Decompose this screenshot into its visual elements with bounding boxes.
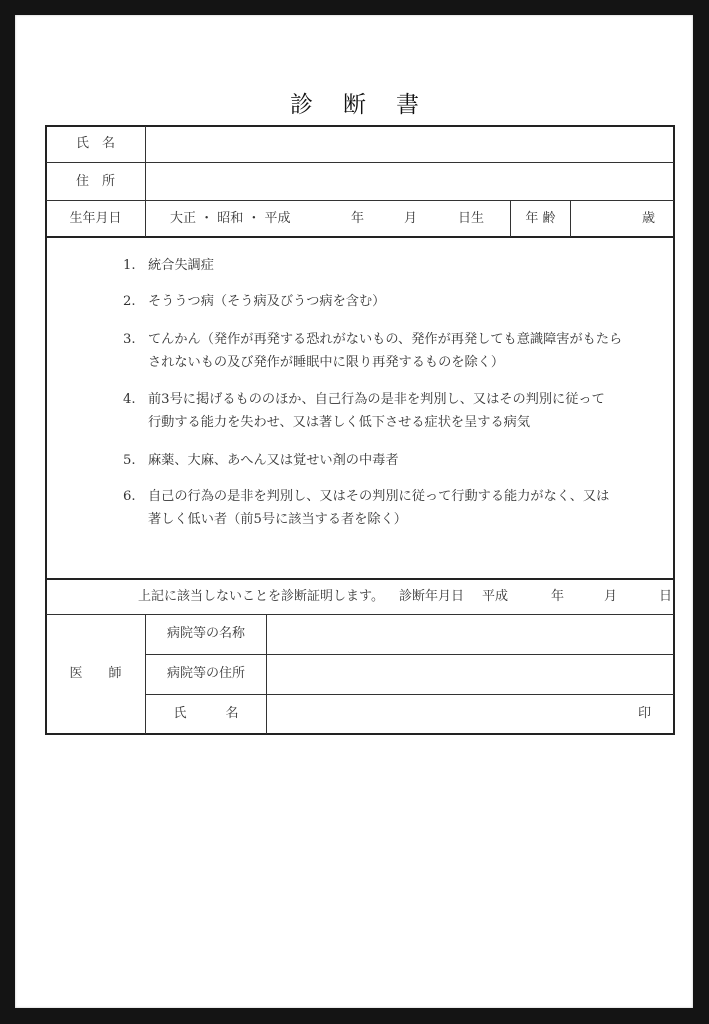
age-field[interactable]: [572, 202, 638, 236]
condition-number: 6.: [123, 485, 148, 508]
seal-mark: 印: [638, 706, 651, 722]
name-label: 氏 名: [46, 136, 145, 152]
condition-number: 4.: [123, 388, 148, 411]
address-label: 住 所: [46, 174, 145, 190]
condition-text: 前3号に掲げるもののほか、自己行為の是非を判別し、又はその判別に従って: [148, 392, 605, 407]
condition-number: 1.: [123, 254, 148, 277]
row-divider-thick: [46, 236, 674, 238]
hospital-name-field[interactable]: [268, 616, 673, 653]
diagnosis-year-unit: 年: [551, 589, 564, 605]
col-divider: [570, 200, 571, 237]
condition-item: 3.てんかん（発作が再発する恐れがないもの、発作が再発しても意識障害がもたらされ…: [123, 328, 622, 374]
condition-number: 3.: [123, 328, 148, 351]
condition-item: 4.前3号に掲げるもののほか、自己行為の是非を判別し、又はその判別に従って行動す…: [123, 388, 605, 434]
birth-month-unit: 月: [404, 211, 417, 227]
condition-item: 2.そううつ病（そう病及びうつ病を含む）: [123, 290, 385, 313]
diagnosis-era: 平成: [482, 589, 508, 605]
row-divider: [145, 694, 674, 695]
age-unit: 歳: [642, 211, 655, 227]
condition-item: 5.麻薬、大麻、あへん又は覚せい剤の中毒者: [123, 449, 399, 472]
col-divider: [266, 614, 267, 734]
diagnosis-day-unit: 日: [659, 589, 672, 605]
row-divider: [46, 200, 674, 201]
condition-text: 統合失調症: [148, 258, 214, 273]
condition-item: 1.統合失調症: [123, 254, 214, 277]
diagnosis-date-label: 診断年月日: [399, 589, 464, 605]
condition-text: されないもの及び発作が睡眠中に限り再発するものを除く）: [148, 355, 504, 370]
era-options[interactable]: 大正 ・ 昭和 ・ 平成: [170, 211, 291, 227]
condition-text: 麻薬、大麻、あへん又は覚せい剤の中毒者: [148, 453, 399, 468]
hospital-name-label: 病院等の名称: [146, 626, 266, 642]
physician-label: 医 師: [46, 666, 145, 682]
birthdate-label: 生年月日: [46, 211, 145, 227]
row-divider: [46, 614, 674, 615]
condition-text: 著しく低い者（前5号に該当する者を除く）: [148, 512, 407, 527]
birth-day-unit: 日生: [458, 211, 484, 227]
condition-item: 6.自己の行為の是非を判別し、又はその判別に従って行動する能力がなく、又は著しく…: [123, 485, 609, 531]
age-label: 年 齢: [511, 211, 570, 227]
birth-year-unit: 年: [351, 211, 364, 227]
condition-text: 行動する能力を失わせ、又は著しく低下させる症状を呈する病気: [148, 415, 530, 430]
condition-text: そううつ病（そう病及びうつ病を含む）: [148, 294, 385, 309]
condition-text: 自己の行為の是非を判別し、又はその判別に従って行動する能力がなく、又は: [148, 489, 609, 504]
row-divider: [145, 654, 674, 655]
hospital-address-label: 病院等の住所: [146, 666, 266, 682]
col-divider: [145, 126, 146, 237]
physician-name-label: 氏 名: [146, 706, 266, 722]
certification-statement: 上記に該当しないことを診断証明します。: [138, 589, 384, 605]
physician-name-field[interactable]: [268, 696, 628, 733]
condition-number: 2.: [123, 290, 148, 313]
condition-number: 5.: [123, 449, 148, 472]
hospital-address-field[interactable]: [268, 656, 673, 693]
condition-text: てんかん（発作が再発する恐れがないもの、発作が再発しても意識障害がもたら: [148, 332, 622, 347]
address-field[interactable]: [147, 164, 673, 199]
name-field[interactable]: [147, 127, 673, 162]
document-title: 診断書: [0, 86, 709, 119]
diagnosis-month-unit: 月: [604, 589, 617, 605]
row-divider: [46, 162, 674, 163]
row-divider-thick: [46, 578, 674, 580]
